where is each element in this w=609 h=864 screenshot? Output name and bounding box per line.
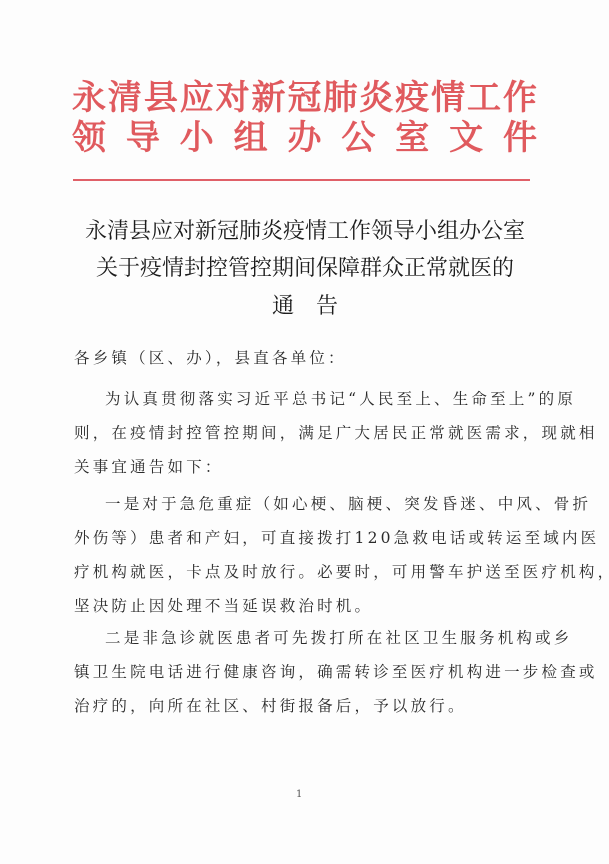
notice-title-line-2: 关于疫情封控管控期间保障群众正常就医的 [60,251,550,282]
letterhead-char: 公 [341,118,375,158]
salutation: 各乡镇（区、办），县直各单位： [74,346,347,368]
letterhead-char: 新 [252,78,286,118]
letterhead-line-1: 永 清 县 应 对 新 冠 肺 炎 疫 情 工 作 [72,78,537,118]
letterhead-char: 导 [126,118,160,158]
letterhead-char: 件 [503,118,537,158]
letterhead-char: 对 [216,78,250,118]
paragraph-1-line: 为认真贯彻落实习近平总书记“人民至上、生命至上”的原 [105,387,576,409]
paragraph-2-line: 疗机构就医，卡点及时放行。必要时，可用警车护送至医疗机构， [74,560,609,582]
letterhead-char: 炎 [359,78,393,118]
letterhead-char: 冠 [287,78,321,118]
letterhead-char: 作 [503,78,537,118]
notice-title-line-3: 通告 [60,289,550,320]
letterhead-char: 小 [180,118,214,158]
paragraph-3-line: 治疗的，向所在社区、村街报备后，予以放行。 [74,694,467,716]
letterhead-char: 永 [72,78,106,118]
paragraph-2-line: 一是对于急危重症（如心梗、脑梗、突发昏迷、中风、骨折 [105,492,591,514]
paragraph-1-line: 关事宜通告如下： [74,455,224,477]
letterhead-char: 肺 [323,78,357,118]
paragraph-1-line: 则，在疫情封控管控期间，满足广大居民正常就医需求，现就相 [74,421,598,443]
letterhead-char: 清 [108,78,142,118]
page-number: 1 [296,789,302,800]
paragraph-3-line: 二是非急诊就医患者可先拨打所在社区卫生服务机构或乡 [105,626,573,648]
letterhead-line-2: 领 导 小 组 办 公 室 文 件 [72,118,537,158]
letterhead-char: 领 [72,118,106,158]
notice-title-line-1: 永清县应对新冠肺炎疫情工作领导小组办公室 [60,214,550,245]
red-divider-rule [73,179,530,181]
letterhead-char: 文 [449,118,483,158]
letterhead-char: 疫 [395,78,429,118]
letterhead-char: 县 [144,78,178,118]
letterhead-char: 情 [431,78,465,118]
paragraph-2-line: 外伤等）患者和产妇，可直接拨打120急救电话或转运至域内医 [74,526,599,548]
letterhead-char: 室 [395,118,429,158]
letterhead-char: 组 [234,118,268,158]
letterhead-char: 工 [467,78,501,118]
letterhead-char: 办 [288,118,322,158]
document-page: 永 清 县 应 对 新 冠 肺 炎 疫 情 工 作 领 导 小 组 办 公 室 … [0,0,609,864]
paragraph-3-line: 镇卫生院电话进行健康咨询，确需转诊至医疗机构进一步检查或 [74,660,598,682]
letterhead-char: 应 [180,78,214,118]
paragraph-2-line: 坚决防止因处理不当延误救治时机。 [74,594,373,616]
